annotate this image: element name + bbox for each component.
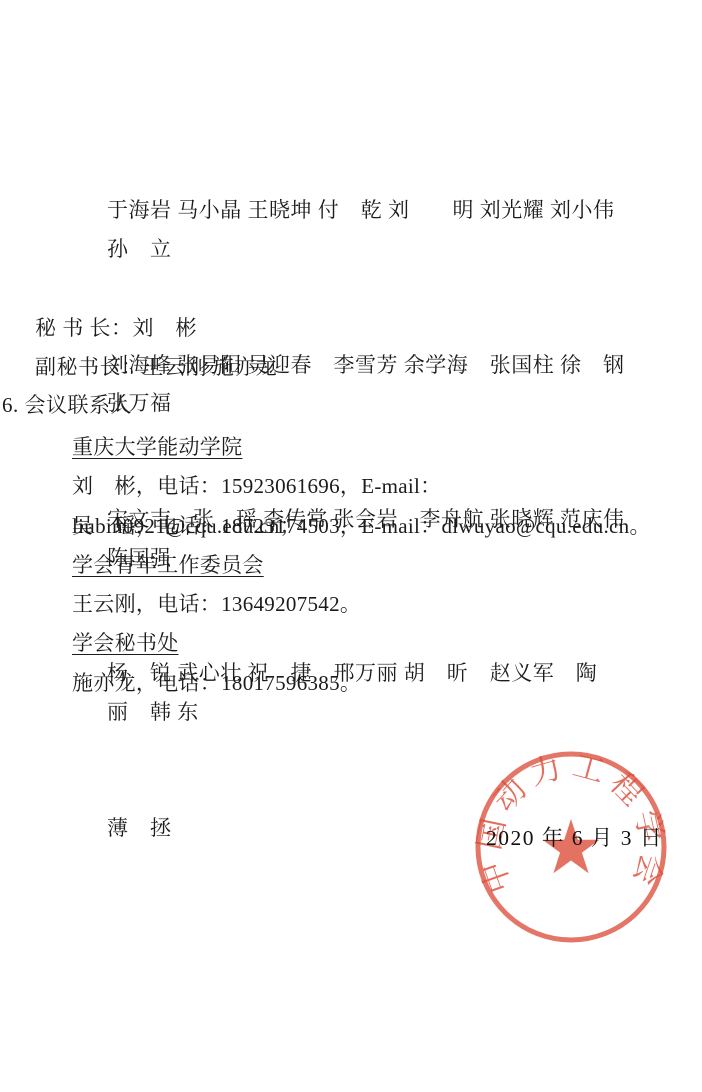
contact-org-name: 学会青年工作委员会	[72, 546, 652, 585]
org-name-text: 学会秘书处	[72, 631, 179, 655]
contact-section: 重庆大学能动学院 刘 彬，电话：15923061696，E-mail：liubi…	[72, 428, 652, 703]
contact-org-name: 重庆大学能动学院	[72, 428, 652, 467]
contact-line: 施亦龙，电话：18017596385。	[72, 664, 652, 703]
secretary-general-line: 秘 书 长：刘 彬	[35, 316, 197, 340]
section-heading: 6. 会议联系人	[2, 393, 132, 417]
org-name-text: 重庆大学能动学院	[72, 435, 242, 459]
contact-org-name: 学会秘书处	[72, 624, 652, 663]
document-page: 于海岩 马小晶 王晓坤 付 乾 刘 明 刘光耀 刘小伟 孙 立 刘海峰 张易阳 …	[0, 0, 702, 1092]
contact-line: 王云刚，电话：13649207542。	[72, 585, 652, 624]
org-name-text: 学会青年工作委员会	[72, 553, 264, 577]
contact-line: 刘 彬，电话：15923061696，E-mail：liubin0921@cqu…	[72, 467, 652, 506]
name-line: 于海岩 马小晶 王晓坤 付 乾 刘 明 刘光耀 刘小伟 孙 立	[107, 191, 637, 268]
deputy-secretary-line: 副秘书长：王云刚 施亦龙	[35, 355, 277, 379]
contact-line: 吴 瑶，电话：18723174503，E-mail：dlwuyao@cqu.ed…	[72, 507, 652, 546]
date-text: 2020 年 6 月 3 日	[486, 826, 663, 850]
